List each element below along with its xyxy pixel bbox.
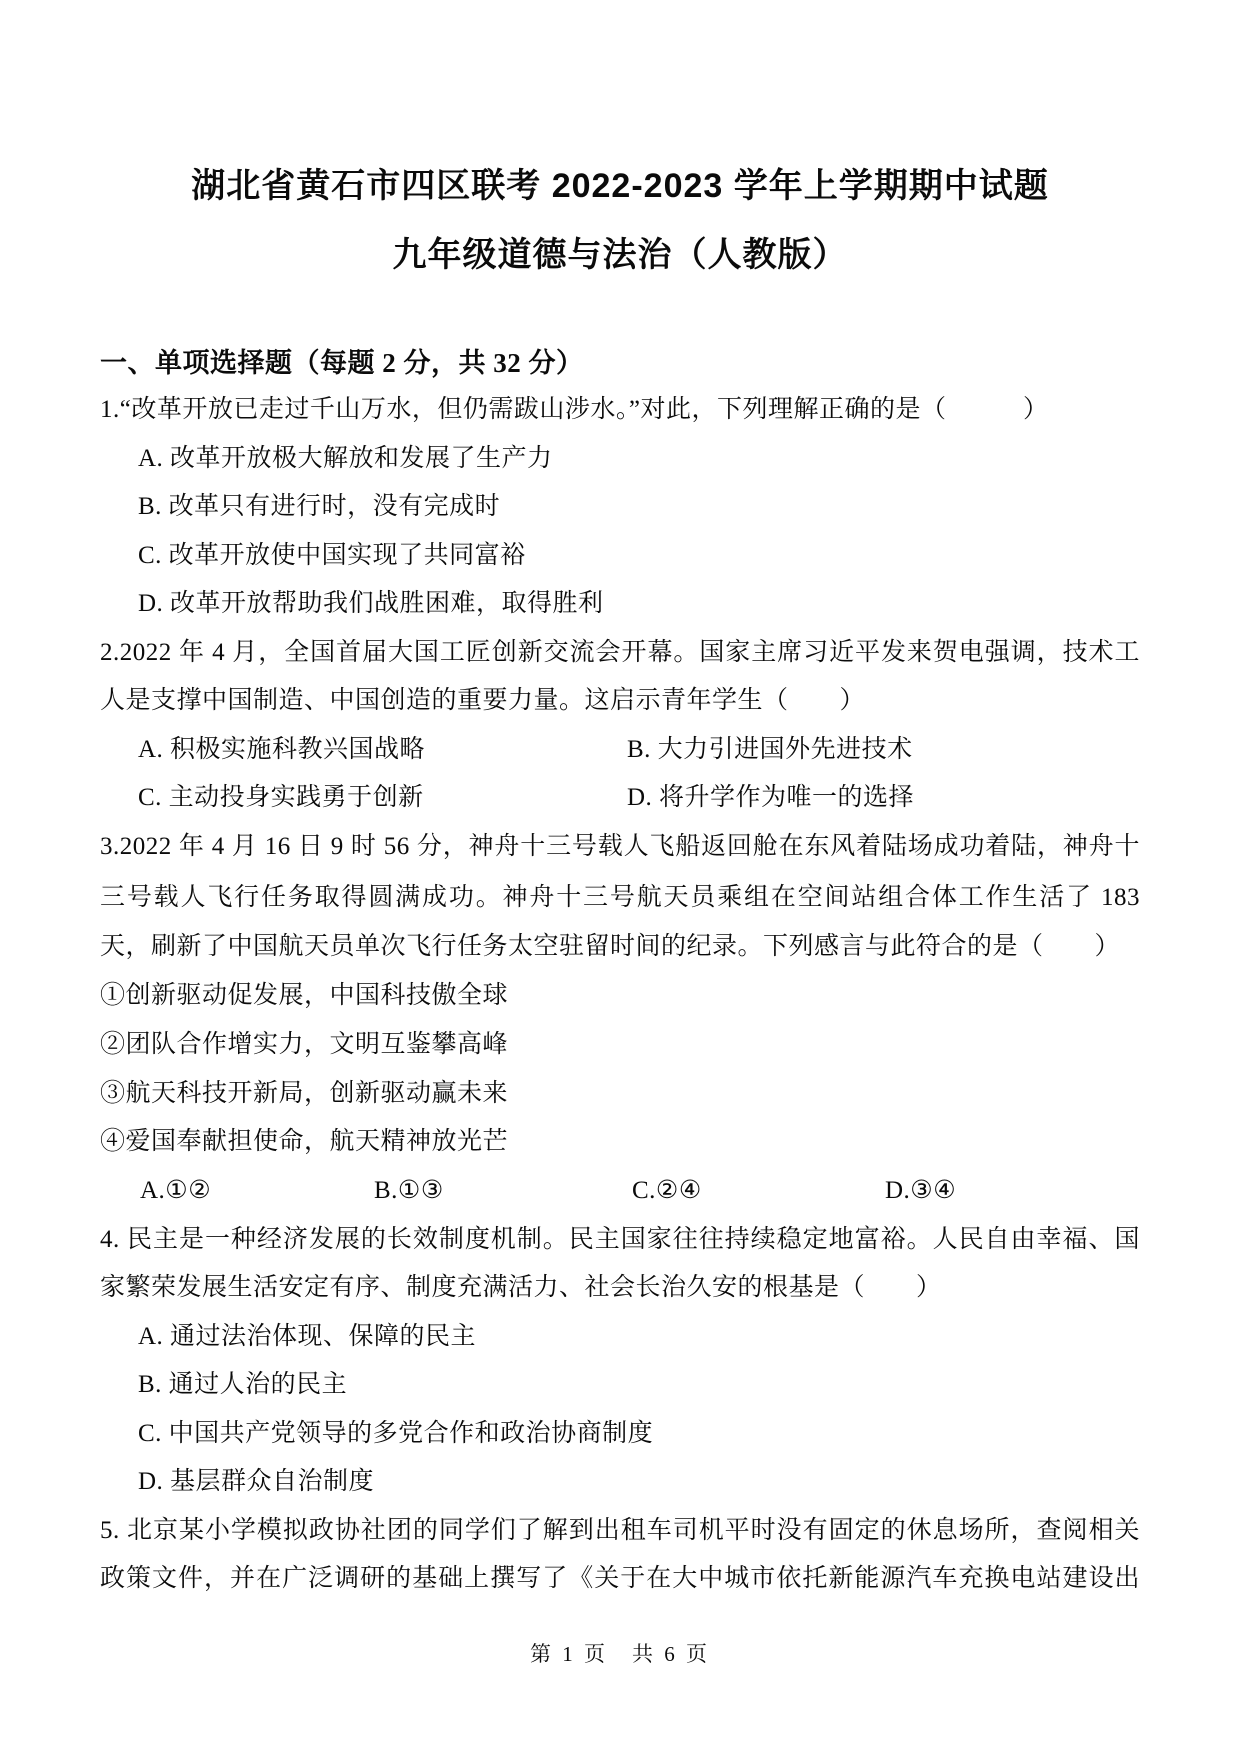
question-2-option-c: C. 主动投身实践勇于创新 [138, 781, 424, 815]
question-2-option-d: D. 将升学作为唯一的选择 [627, 781, 914, 815]
question-3-option-a: A.①② [140, 1174, 211, 1208]
question-3-stem-line-2: 三号载人飞行任务取得圆满成功。神舟十三号航天员乘组在空间站组合体工作生活了 18… [100, 881, 1140, 915]
question-3-option-b: B.①③ [374, 1174, 444, 1208]
page-footer: 第 1 页 共 6 页 [0, 1638, 1240, 1668]
question-4-option-d: D. 基层群众自治制度 [138, 1465, 374, 1499]
question-3-item-2: ②团队合作增实力，文明互鉴攀高峰 [100, 1028, 508, 1062]
question-3-item-4: ④爱国奉献担使命，航天精神放光芒 [100, 1125, 508, 1159]
question-3-item-3: ③航天科技开新局，创新驱动赢未来 [100, 1077, 508, 1111]
question-2-stem-line-1: 2.2022 年 4 月，全国首届大国工匠创新交流会开幕。国家主席习近平发来贺电… [100, 636, 1140, 670]
question-4-stem-line-1: 4. 民主是一种经济发展的长效制度机制。民主国家往往持续稳定地富裕。人民自由幸福… [100, 1223, 1140, 1257]
question-1-option-b: B. 改革只有进行时，没有完成时 [138, 490, 500, 524]
section-heading: 一、单项选择题（每题 2 分，共 32 分） [100, 341, 584, 380]
question-3-stem-line-1: 3.2022 年 4 月 16 日 9 时 56 分，神舟十三号载人飞船返回舱在… [100, 830, 1140, 864]
question-5-stem-line-2: 政策文件，并在广泛调研的基础上撰写了《关于在大中城市依托新能源汽车充换电站建设出 [100, 1562, 1140, 1596]
question-3-option-c: C.②④ [632, 1174, 702, 1208]
question-4-option-c: C. 中国共产党领导的多党合作和政治协商制度 [138, 1417, 653, 1451]
question-2-stem-line-2: 人是支撑中国制造、中国创造的重要力量。这启示青年学生（ ） [100, 684, 865, 718]
question-3-stem-line-3: 天，刷新了中国航天员单次飞行任务太空驻留时间的纪录。下列感言与此符合的是（ ） [100, 930, 1120, 964]
question-2-option-b: B. 大力引进国外先进技术 [627, 733, 913, 767]
question-5-stem-line-1: 5. 北京某小学模拟政协社团的同学们了解到出租车司机平时没有固定的休息场所，查阅… [100, 1514, 1140, 1548]
question-1-option-a: A. 改革开放极大解放和发展了生产力 [138, 442, 553, 476]
question-4-option-b: B. 通过人治的民主 [138, 1368, 347, 1402]
question-3-option-d: D.③④ [885, 1174, 956, 1208]
question-4-option-a: A. 通过法治体现、保障的民主 [138, 1320, 476, 1354]
page-subtitle: 九年级道德与法治（人教版） [0, 227, 1240, 276]
exam-page: 湖北省黄石市四区联考 2022-2023 学年上学期期中试题 九年级道德与法治（… [0, 0, 1240, 1753]
page-title: 湖北省黄石市四区联考 2022-2023 学年上学期期中试题 [0, 158, 1240, 207]
question-2-option-a: A. 积极实施科教兴国战略 [138, 733, 425, 767]
question-1-stem: 1.“改革开放已走过千山万水，但仍需跋山涉水。”对此，下列理解正确的是（ ） [100, 393, 1048, 427]
question-1-option-c: C. 改革开放使中国实现了共同富裕 [138, 539, 526, 573]
question-4-stem-line-2: 家繁荣发展生活安定有序、制度充满活力、社会长治久安的根基是（ ） [100, 1271, 942, 1305]
question-1-option-d: D. 改革开放帮助我们战胜困难，取得胜利 [138, 587, 604, 621]
question-3-item-1: ①创新驱动促发展，中国科技傲全球 [100, 979, 508, 1013]
